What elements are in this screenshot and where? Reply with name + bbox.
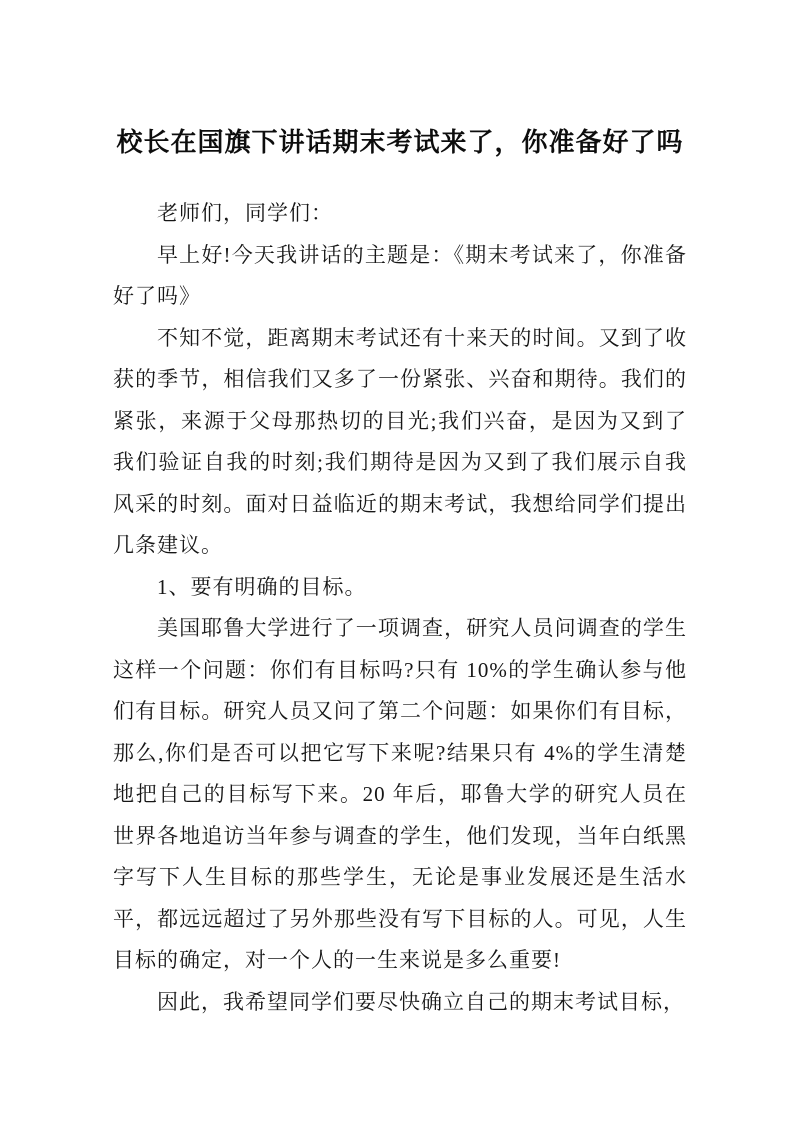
- paragraph: 不知不觉，距离期末考试还有十来天的时间。又到了收获的季节，相信我们又多了一份紧张…: [113, 318, 687, 567]
- document-body: 老师们，同学们：早上好!今天我讲话的主题是：《期末考试来了，你准备好了吗》不知不…: [113, 193, 687, 1023]
- paragraph: 老师们，同学们：: [113, 193, 687, 235]
- document-content: 校长在国旗下讲话期末考试来了，你准备好了吗 老师们，同学们：早上好!今天我讲话的…: [113, 121, 687, 1023]
- paragraph: 美国耶鲁大学进行了一项调查，研究人员问调查的学生这样一个问题：你们有目标吗?只有…: [113, 608, 687, 982]
- paragraph: 早上好!今天我讲话的主题是：《期末考试来了，你准备好了吗》: [113, 235, 687, 318]
- paragraph: 1、要有明确的目标。: [113, 567, 687, 609]
- paragraph: 因此，我希望同学们要尽快确立自己的期末考试目标，: [113, 982, 687, 1024]
- document-title: 校长在国旗下讲话期末考试来了，你准备好了吗: [113, 121, 687, 165]
- document-page: 校长在国旗下讲话期末考试来了，你准备好了吗 老师们，同学们：早上好!今天我讲话的…: [0, 0, 793, 1122]
